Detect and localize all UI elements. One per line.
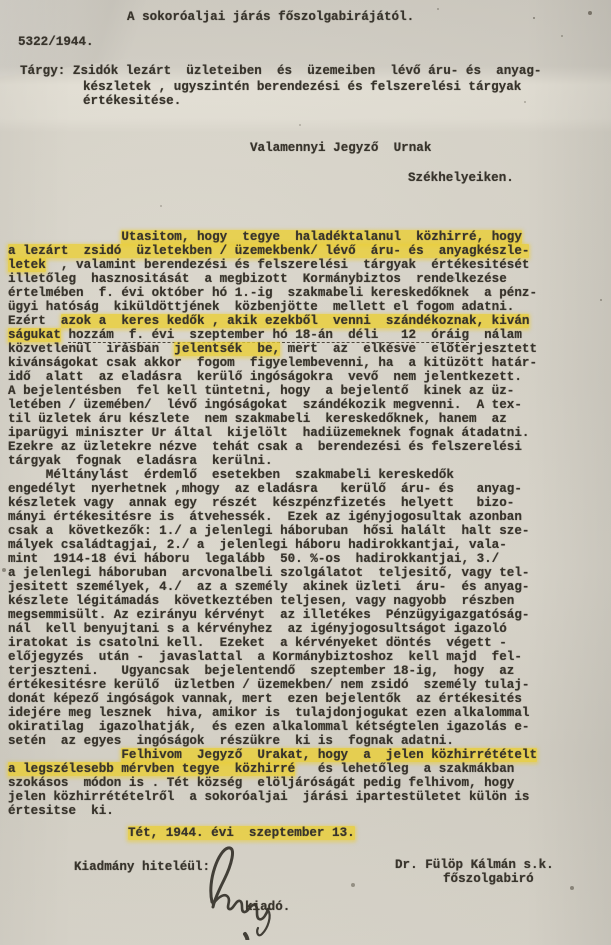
typed-text: közvetlenül irásban	[8, 342, 174, 356]
typed-text: tárgyak fognak eladásra kerülni.	[8, 454, 273, 468]
typed-text: mályek családtagjai, 2./ a jelenlegi háb…	[8, 538, 507, 552]
body-line: Utasitom, hogy tegye haladéktalanul közh…	[8, 230, 522, 244]
body-line: szokásos módon is . Tét község elöljárós…	[8, 776, 514, 790]
typed-text: illetőleg hasznositását a megbizott Korm…	[8, 272, 507, 286]
typed-text: til üzletek áru készlete nem szakmabeli …	[8, 412, 507, 426]
typed-text: a jelenlegi háboruban arcvonalbeli szolg…	[8, 566, 529, 580]
typed-text: Ezekre az üzletekre nézve tehát csak a b…	[8, 440, 522, 454]
typed-text: , valamint berendezési és felszerelési t…	[46, 258, 530, 272]
typed-text: készletek vagy annak egy részét készpénz…	[8, 496, 514, 510]
highlighted-text: jelentsék be,	[174, 342, 280, 356]
typed-text: A bejelentésben fel kell tüntetni, hogy …	[8, 384, 514, 398]
body-line: donát képező ingóságok vannak, mert ezen…	[8, 692, 522, 706]
body-line: jesitett személyek, 4./ az a személy aki…	[8, 580, 529, 594]
highlighted-text: Felhivom Jegyző Urakat, hogy a jelen köz…	[121, 748, 537, 762]
typed-text: donát képező ingóságok vannak, mert ezen…	[8, 692, 522, 706]
typed-text: terjeszteni. Ugyancsak bejelentendő szep…	[8, 664, 514, 678]
body-line: mályek családtagjai, 2./ a jelenlegi háb…	[8, 538, 507, 552]
body-line: közvetlenül irásban jelentsék be, mert a…	[8, 342, 537, 356]
highlighted-text: letek	[8, 258, 46, 272]
typed-text: csak a következők: 1./ a jelenlegi hábor…	[8, 524, 529, 538]
body-line: csak a következők: 1./ a jelenlegi hábor…	[8, 524, 529, 538]
recipient-place: Székhelyeiken.	[408, 171, 514, 185]
body-line: A bejelentésben fel kell tüntetni, hogy …	[8, 384, 514, 398]
typed-text: idejére meg lesznek hiva, amikor is tula…	[8, 706, 529, 720]
typed-text: ügyi hatóság kiküldöttjének közbenjötte …	[8, 300, 514, 314]
body-line: értelmében f. évi október hó 1.-ig szakm…	[8, 286, 537, 300]
subject-line-2: készletek , ugyszintén berendezési és fe…	[83, 80, 521, 94]
body-line: Ezekre az üzletekre nézve tehát csak a b…	[8, 440, 522, 454]
highlighted-text: ságukat	[8, 328, 61, 342]
typed-text: nálam	[469, 328, 522, 342]
typed-text: kivánságokat csak akkor fogom figyelembe…	[8, 356, 537, 370]
body-line: idő alatt az eladásra kerülő ingóságokra…	[8, 370, 522, 384]
body-line: ügyi hatóság kiküldöttjének közbenjötte …	[8, 300, 514, 314]
highlighted-text: a legszélesebb mérvben tegye közhirré	[8, 762, 295, 776]
body-line: terjeszteni. Ugyancsak bejelentendő szep…	[8, 664, 514, 678]
typed-text: jelen közhirrétételről a sokoróaljai jár…	[8, 790, 529, 804]
body-line: engedélyt nyerhetnek ,mhogy az eladásra …	[8, 482, 522, 496]
subject-text: Zsidók lezárt üzleteiben és üzemeiben lé…	[73, 64, 542, 78]
body-line: nál kell benyujtani s a kérvényhez az ig…	[8, 622, 507, 636]
body-line: iparügyi miniszter Ur által kijelölt had…	[8, 426, 529, 440]
recipient-line: Valamennyi Jegyző Urnak	[250, 141, 431, 155]
typed-text: setén az egyes ingóságok részükre ki is …	[8, 734, 454, 748]
body-line: okiratilag igazolhatják, és ezen alkalom…	[8, 720, 529, 734]
body-line: setén az egyes ingóságok részükre ki is …	[8, 734, 454, 748]
signer-title: főszolgabiró	[443, 872, 534, 886]
body-line: készletek vagy annak egy részét készpénz…	[8, 496, 514, 510]
typed-text: iratokat is csatolni kell. Ezeket a kérv…	[8, 636, 507, 650]
body-line: értékesitésre kerülő üzletben / üzemekbe…	[8, 678, 529, 692]
body-line: kivánságokat csak akkor fogom figyelembe…	[8, 356, 537, 370]
typed-text: készlete légitámadás következtében telje…	[8, 594, 514, 608]
typed-text: nál kell benyujtani s a kérvényhez az ig…	[8, 622, 507, 636]
issuing-office-line: A sokoróaljai járás főszolgabirájától.	[127, 10, 414, 24]
underlined-text: hozzám f. évi szeptember hó 18-án déli 1…	[68, 328, 469, 343]
typed-text: és lehetőleg a szakmákban	[295, 762, 514, 776]
typed-text: megsemmisült. Az ezirányu kérvényt az il…	[8, 608, 529, 622]
typed-text: iparügyi miniszter Ur által kijelölt had…	[8, 426, 529, 440]
reference-number: 5322/1944.	[18, 35, 94, 49]
body-line: a jelenlegi háboruban arcvonalbeli szolg…	[8, 566, 529, 580]
body-line: tárgyak fognak eladásra kerülni.	[8, 454, 273, 468]
typed-text: értelmében f. évi október hó 1.-ig szakm…	[8, 286, 537, 300]
body-line: Méltánylást érdemlő esetekben szakmabeli…	[8, 468, 454, 482]
highlighted-text: Utasitom, hogy tegye haladéktalanul közh…	[121, 230, 522, 244]
body-line: iratokat is csatolni kell. Ezeket a kérv…	[8, 636, 507, 650]
body-line: Felhivom Jegyző Urakat, hogy a jelen köz…	[8, 748, 537, 762]
typed-text: mint 1914-18 évi háboru legalább 50. %-o…	[8, 552, 499, 566]
typed-text: értékesitésre kerülő üzletben / üzemekbe…	[8, 678, 529, 692]
date-line-wrap: Tét, 1944. évi szeptember 13.	[128, 826, 355, 840]
typed-text: idő alatt az eladásra kerülő ingóságokra…	[8, 370, 522, 384]
body-line: mányi értékesitésre is átvehessék. Ezek …	[8, 510, 522, 524]
typed-text: értesitse ki.	[8, 804, 114, 818]
typed-text: letében / üzemében/ lévő ingóságokat szá…	[8, 398, 522, 412]
body-line: ságukat hozzám f. évi szeptember hó 18-á…	[8, 328, 522, 342]
body-line: letében / üzemében/ lévő ingóságokat szá…	[8, 398, 522, 412]
typed-text: Ezért	[8, 314, 61, 328]
dust-specks	[0, 0, 2, 2]
typed-text: Méltánylást érdemlő esetekben szakmabeli…	[8, 468, 454, 482]
typed-text: engedélyt nyerhetnek ,mhogy az eladásra …	[8, 482, 522, 496]
body-line: letek , valamint berendezési és felszere…	[8, 258, 529, 272]
issuer-label: kiadó.	[245, 900, 290, 914]
body-line: mint 1914-18 évi háboru legalább 50. %-o…	[8, 552, 499, 566]
typed-text: okiratilag igazolhatják, és ezen alkalom…	[8, 720, 529, 734]
highlighted-text: a lezárt zsidó üzletekben / üzemekbenk/ …	[8, 244, 529, 258]
document-page: A sokoróaljai járás főszolgabirájától. 5…	[0, 0, 611, 945]
subject-gap	[65, 64, 73, 78]
body-line: til üzletek áru készlete nem szakmabeli …	[8, 412, 507, 426]
body-line: Ezért azok a keres kedők , akik ezekből …	[8, 314, 529, 328]
typed-text: előjegyzés után - javaslattal a Kormányb…	[8, 650, 522, 664]
highlighted-text: azok a keres kedők , akik ezekből venni …	[61, 314, 530, 328]
body-line: jelen közhirrétételről a sokoróaljai jár…	[8, 790, 529, 804]
body-line: értesitse ki.	[8, 804, 114, 818]
body-line: a lezárt zsidó üzletekben / üzemekbenk/ …	[8, 244, 529, 258]
date-line: Tét, 1944. évi szeptember 13.	[128, 826, 355, 840]
body-line: előjegyzés után - javaslattal a Kormányb…	[8, 650, 522, 664]
typed-text	[8, 230, 121, 244]
signer-name: Dr. Fülöp Kálmán s.k.	[395, 858, 554, 872]
subject-label: Tárgy:	[20, 64, 65, 78]
body-line: készlete légitámadás következtében telje…	[8, 594, 514, 608]
subject-line-3: értékesitése.	[83, 94, 181, 108]
subject-line-1: Tárgy: Zsidók lezárt üzleteiben és üzeme…	[20, 64, 542, 78]
typed-text	[8, 748, 121, 762]
typed-text: mányi értékesitésre is átvehessék. Ezek …	[8, 510, 522, 524]
body-line: a legszélesebb mérvben tegye közhirré és…	[8, 762, 514, 776]
body-line: idejére meg lesznek hiva, amikor is tula…	[8, 706, 529, 720]
body-line: megsemmisült. Az ezirányu kérvényt az il…	[8, 608, 529, 622]
signature	[190, 840, 290, 940]
typed-text: mert az elkésve előterjesztett	[280, 342, 537, 356]
typed-text: jesitett személyek, 4./ az a személy aki…	[8, 580, 529, 594]
body-line: illetőleg hasznositását a megbizott Korm…	[8, 272, 507, 286]
typed-text: szokásos módon is . Tét község elöljárós…	[8, 776, 514, 790]
